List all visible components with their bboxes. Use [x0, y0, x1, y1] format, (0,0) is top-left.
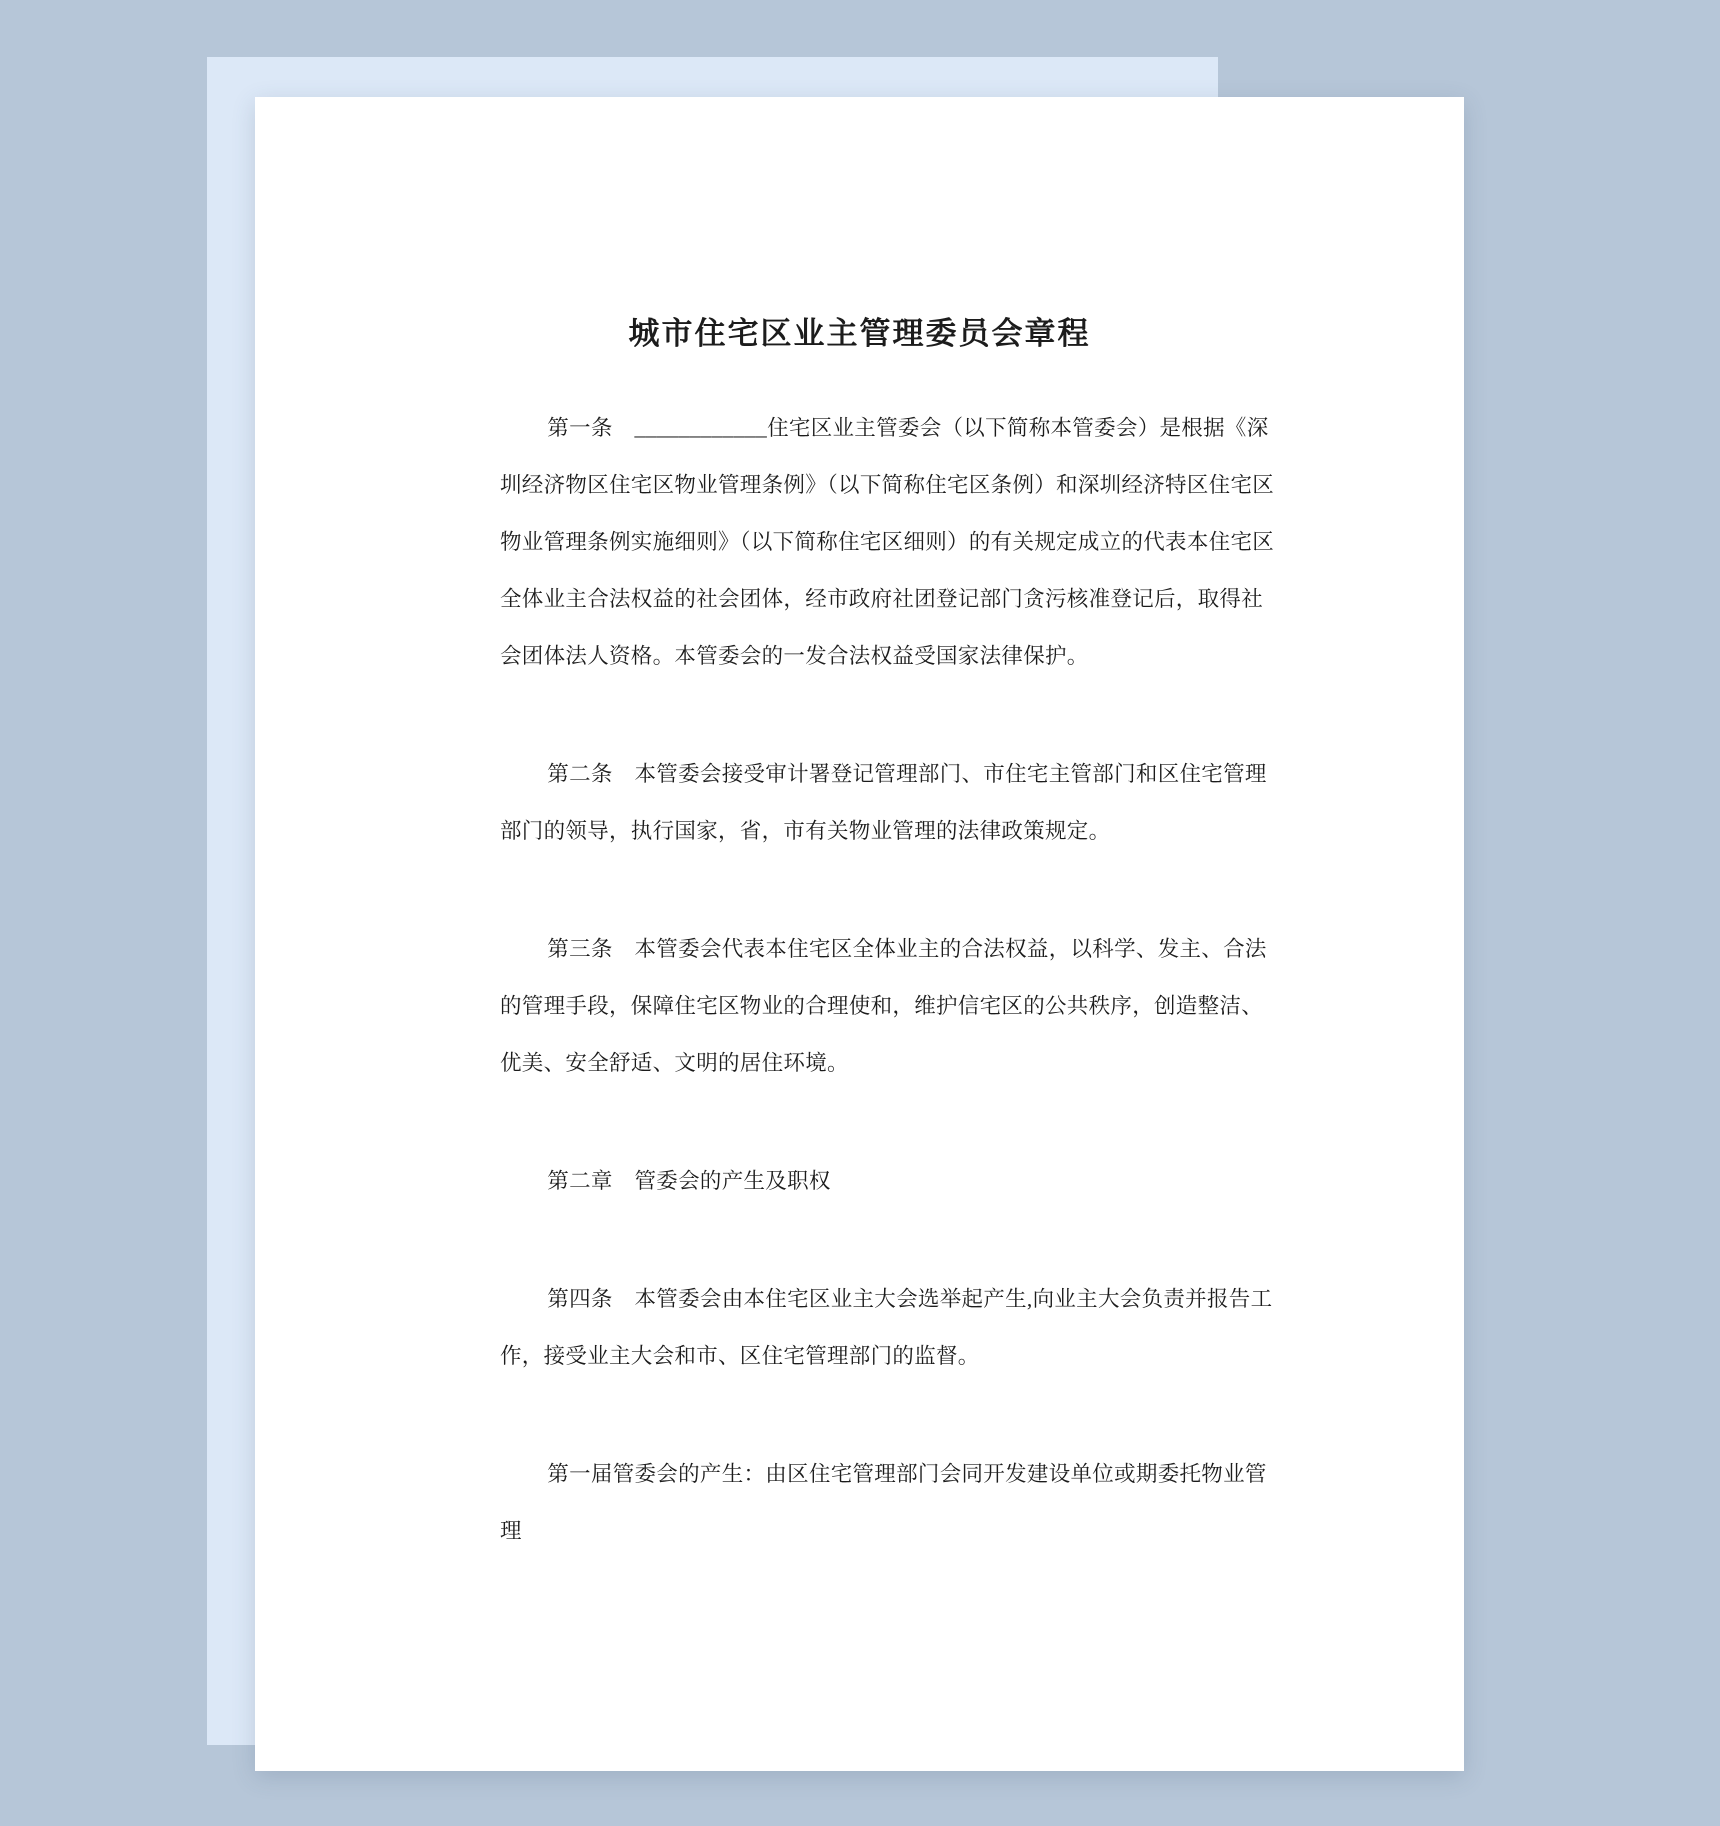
article-2: 第二条 本管委会接受审计署登记管理部门、市住宅主管部门和区住宅管理部门的领导，执… [500, 746, 1280, 860]
document-page: 城市住宅区业主管理委员会章程 第一条 ____________住宅区业主管委会（… [255, 97, 1464, 1771]
document-title: 城市住宅区业主管理委员会章程 [255, 314, 1464, 354]
desktop-background: 城市住宅区业主管理委员会章程 第一条 ____________住宅区业主管委会（… [0, 0, 1720, 1826]
article-4: 第四条 本管委会由本住宅区业主大会选举起产生,向业主大会负责并报告工作，接受业主… [500, 1271, 1280, 1385]
article-1: 第一条 ____________住宅区业主管委会（以下简称本管委会）是根据《深圳… [500, 400, 1280, 685]
first-committee: 第一届管委会的产生：由区住宅管理部门会同开发建设单位或期委托物业管理 [500, 1446, 1280, 1560]
article-3: 第三条 本管委会代表本住宅区全体业主的合法权益，以科学、发主、合法的管理手段，保… [500, 921, 1280, 1092]
chapter-2-heading: 第二章 管委会的产生及职权 [500, 1153, 1280, 1210]
document-body: 第一条 ____________住宅区业主管委会（以下简称本管委会）是根据《深圳… [255, 400, 1464, 1560]
